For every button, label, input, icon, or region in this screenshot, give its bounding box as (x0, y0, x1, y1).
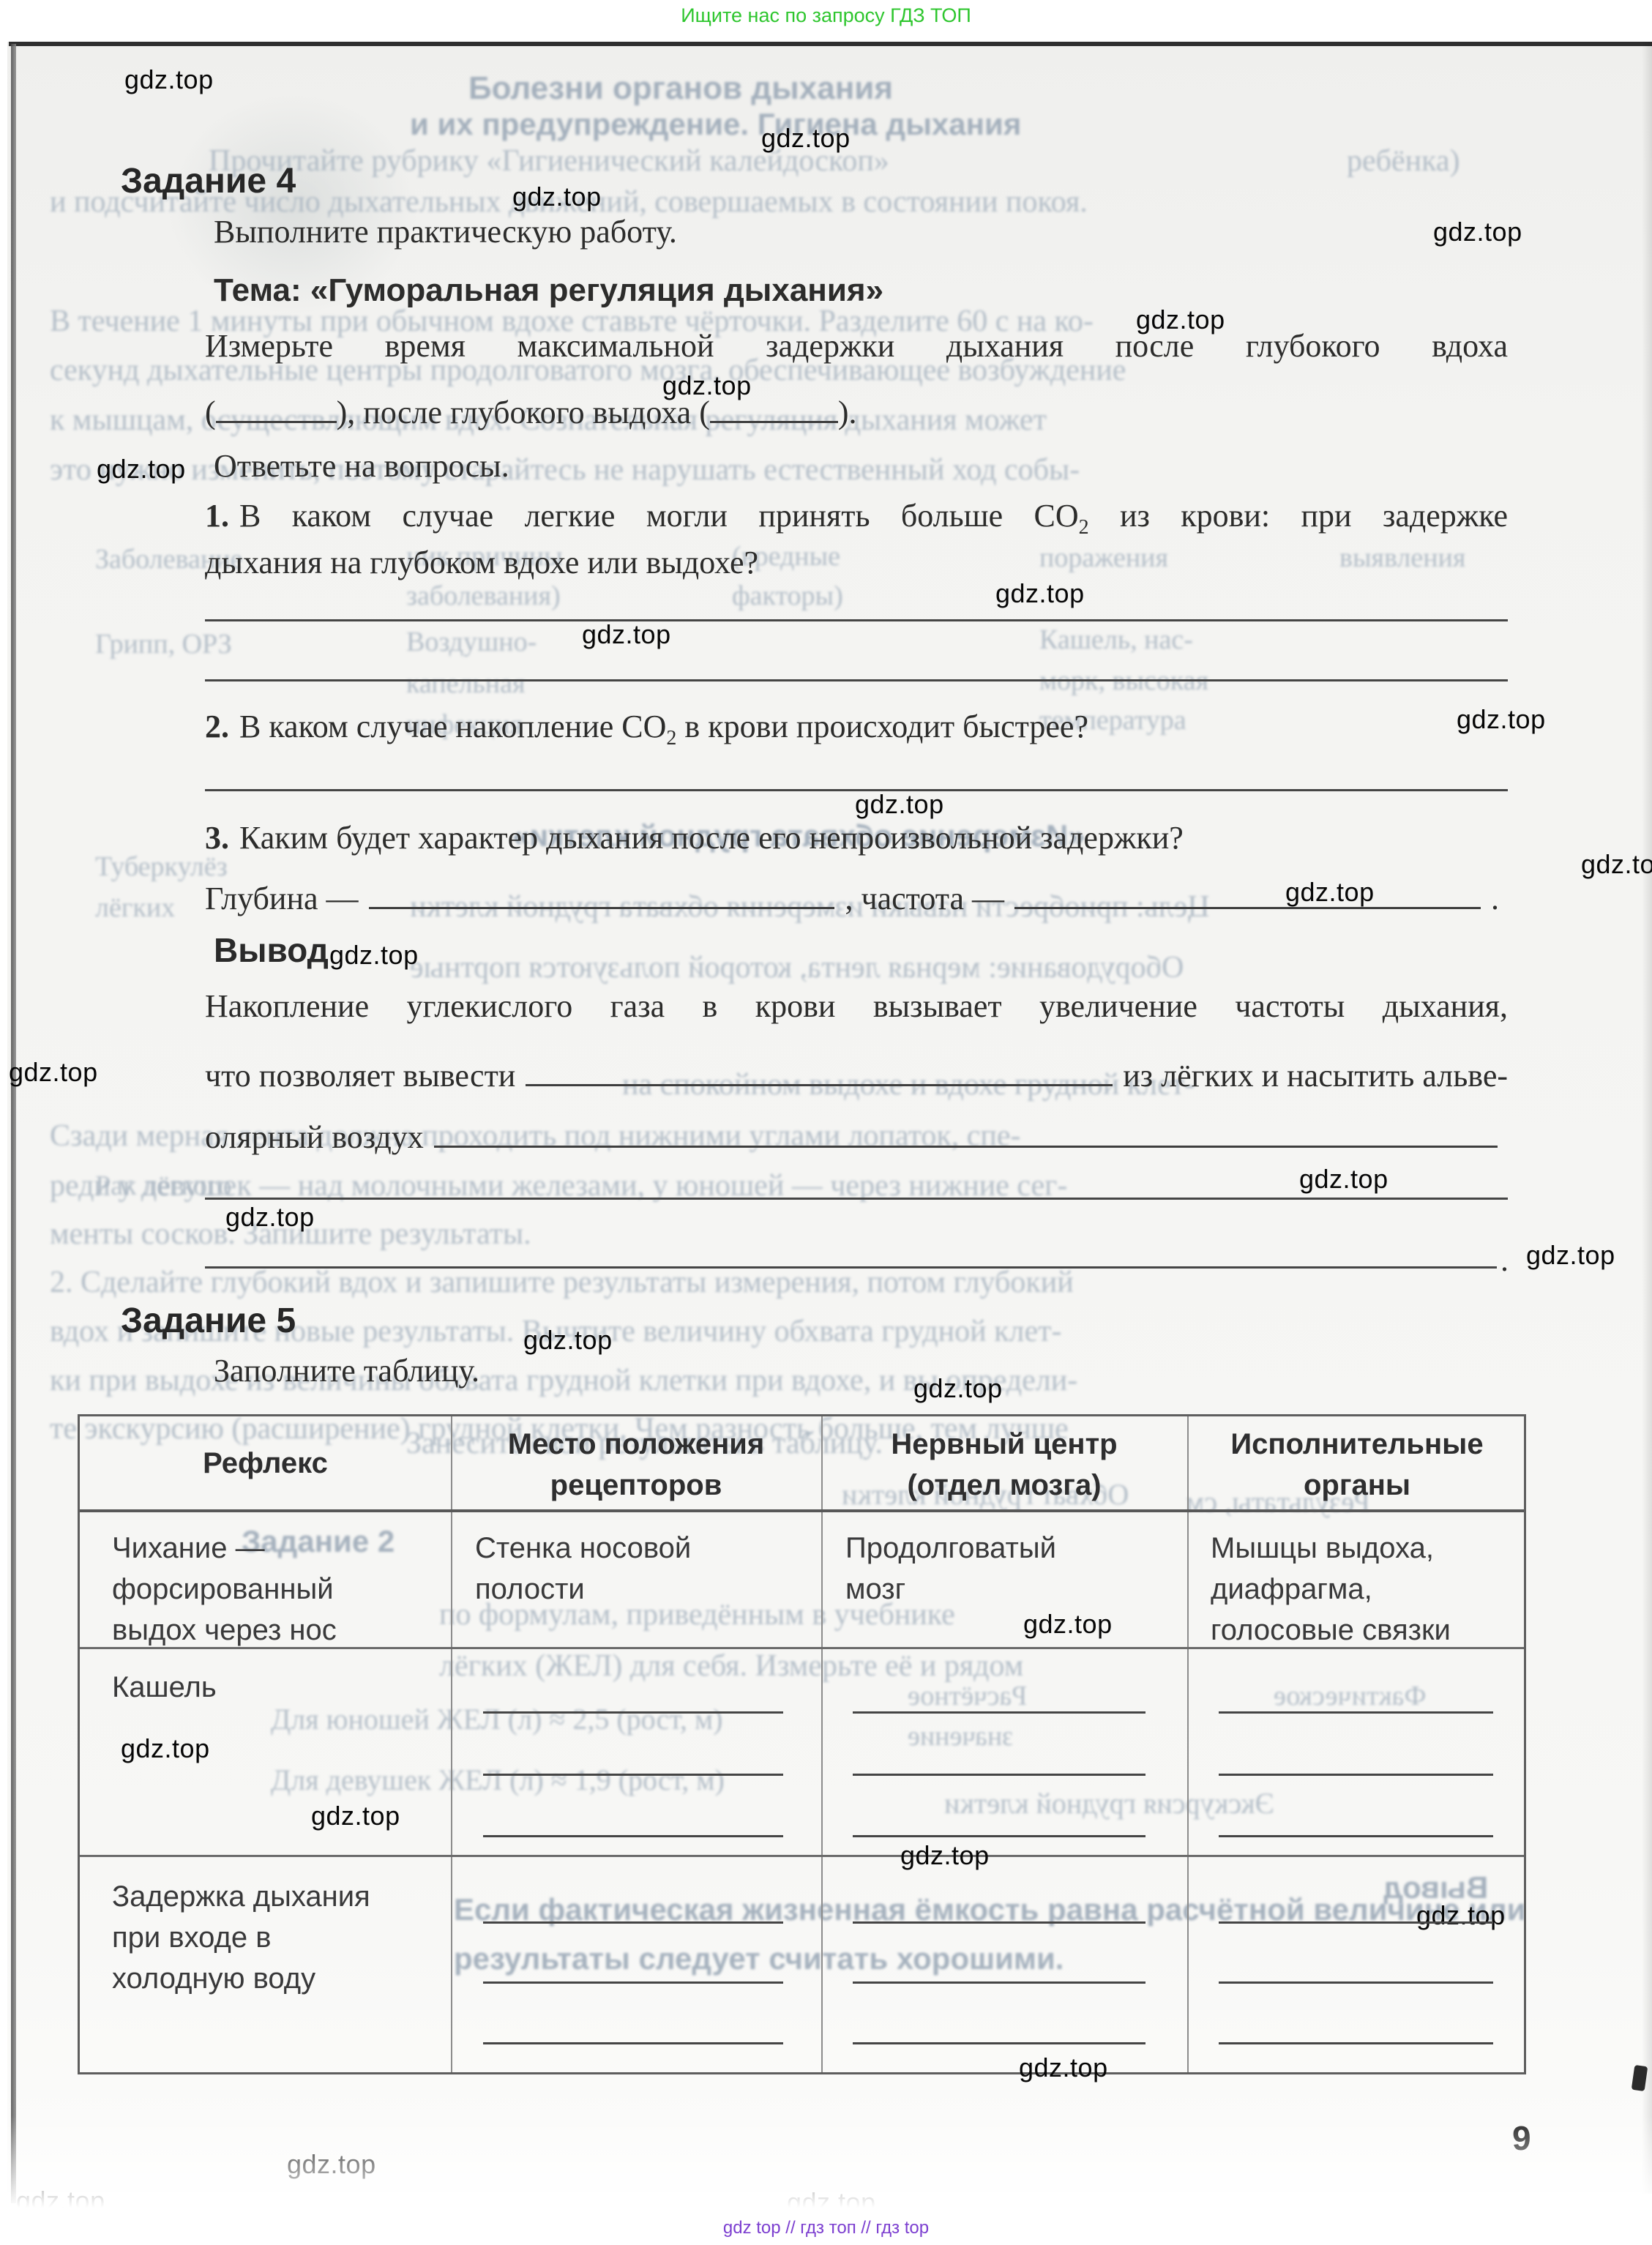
gdz-watermark: gdz.top (900, 1840, 990, 1871)
task4-intro: Выполните практическую работу. (214, 216, 677, 248)
conclusion-line2-a: что позволяет вывести (205, 1060, 515, 1092)
table-answer-line (1219, 1981, 1493, 1984)
table-column-border (451, 1416, 452, 2072)
bleed-through-text: поражения (1039, 542, 1168, 574)
conclusion-line2: что позволяет вывестииз лёгких и насытит… (205, 1055, 1508, 1092)
gdz-watermark: gdz.top (311, 1801, 400, 1831)
gdz-watermark: gdz.top (1019, 2052, 1108, 2083)
table-header-reflex: Рефлекс (102, 1443, 429, 1484)
task5-heading: Задание 5 (121, 1304, 296, 1339)
site-banner: Ищите нас по запросу ГДЗ ТОП (681, 4, 971, 27)
reflex-table: Рефлекс Место положения рецепторов Нервн… (78, 1414, 1526, 2074)
conclusion-line1: Накопление углекислого газа в крови вызы… (205, 990, 1508, 1023)
task4-heading: Задание 4 (121, 164, 296, 199)
gdz-watermark: gdz.top (9, 1057, 98, 1088)
task5-intro: Заполните таблицу. (214, 1355, 479, 1387)
table-answer-line (483, 1921, 783, 1924)
table-answer-line (483, 1711, 783, 1714)
answers-prompt: Ответьте на вопросы. (214, 450, 509, 482)
question-2-text-a: В каком случае накопление СО (239, 709, 666, 744)
site-footer: gdz top // гдз топ // гдз top (723, 2218, 929, 2238)
table-answer-line (1219, 1835, 1493, 1837)
gdz-watermark: gdz.top (1136, 305, 1225, 335)
gdz-watermark: gdz.top (329, 940, 419, 971)
task4-topic: Тема: «Гуморальная регуляция дыхания» (214, 274, 883, 307)
answer-blank (434, 1116, 1498, 1148)
table-cell-reflex-1: Чихание — форсированный выдох через нос (112, 1528, 390, 1651)
depth-label: Глубина — (205, 883, 359, 915)
gdz-watermark: gdz.top (225, 1202, 315, 1233)
bleed-through-text: заболевания) (406, 580, 561, 612)
conclusion-line3-a: олярный воздух (205, 1121, 424, 1154)
bleed-through-text: ребёнка) (1347, 143, 1460, 179)
gdz-watermark: gdz.top (855, 789, 944, 820)
gdz-watermark: gdz.top (913, 1373, 1003, 1404)
question-3-text: Каким будет характер дыхания после его н… (239, 820, 1184, 856)
gdz-watermark: gdz.top (97, 454, 186, 485)
bleed-through-text: это нужно изменить, поэтому старайтесь н… (50, 452, 1080, 488)
answer-blank (1014, 878, 1481, 909)
measure-open-paren: ( (205, 395, 216, 430)
table-cell-reflex-2: Кашель (112, 1667, 390, 1708)
table-cell-center-1: Продолговатый мозг (845, 1528, 1072, 1610)
page-bottom-fade (7, 2115, 1652, 2218)
table-answer-line (1219, 2042, 1493, 2044)
gdz-watermark: gdz.top (512, 182, 602, 212)
answer-blank (216, 392, 337, 423)
gdz-watermark: gdz.top (1433, 217, 1522, 247)
final-period: . (1500, 1244, 1509, 1277)
table-answer-line (853, 2042, 1145, 2044)
page-top-edge (9, 42, 1652, 46)
gdz-watermark: gdz.top (1285, 877, 1375, 908)
table-answer-line (483, 1835, 783, 1837)
bleed-through-text: Оборудование: мерная лента, которой поль… (410, 950, 1184, 985)
task4-measure-line2: (), после глубокого выдоха (). (205, 392, 857, 429)
question-1-text-a: В каком случае легкие могли принять боль… (239, 498, 1079, 534)
question-2: 2.В каком случае накопление СО2 в крови … (205, 711, 1088, 743)
gdz-watermark: gdz.top (1416, 1900, 1506, 1931)
table-answer-line (483, 2042, 783, 2044)
bleed-through-text: факторы) (732, 580, 843, 612)
bleed-through-text: и их предупреждение. Гигиена дыхания (410, 107, 1021, 142)
question-1-number: 1. (205, 498, 239, 534)
gdz-watermark: gdz.top (1457, 704, 1546, 735)
co2-subscript: 2 (1079, 516, 1089, 539)
gdz-watermark: gdz.top (121, 1733, 210, 1764)
table-answer-line (1219, 1921, 1493, 1924)
table-answer-line (1219, 1711, 1493, 1714)
answer-line (205, 679, 1508, 681)
question-3: 3.Каким будет характер дыхания после его… (205, 822, 1184, 854)
table-answer-line (1219, 1774, 1493, 1776)
table-column-border (821, 1416, 823, 2072)
bleed-through-text: 2. Сделайте глубокий вдох и запишите рез… (50, 1265, 1074, 1300)
frequency-label: , частота — (845, 883, 1004, 915)
answer-line (205, 619, 1508, 621)
answer-line (205, 1266, 1497, 1269)
gdz-watermark: gdz.top (1581, 849, 1652, 880)
answer-line (205, 1198, 1508, 1200)
page-spine-shadow (11, 44, 16, 2203)
table-row-border (80, 1509, 1524, 1512)
bleed-through-text: выявления (1339, 542, 1465, 574)
gdz-watermark: gdz.top (523, 1325, 613, 1356)
gdz-watermark: gdz.top (761, 123, 851, 154)
measure-mid-text: ), после глубокого выдоха ( (337, 395, 710, 430)
table-cell-receptors-1: Стенка носовой полости (475, 1528, 717, 1610)
bleed-through-text: Кашель, нас- (1039, 624, 1193, 656)
gdz-watermark: gdz.top (995, 578, 1085, 609)
gdz-watermark: gdz.top (1299, 1164, 1388, 1195)
question-1-text-b: из крови: при задержке (1089, 498, 1508, 534)
table-answer-line (483, 1774, 783, 1776)
bleed-through-text: лёгких (95, 892, 175, 924)
co2-subscript: 2 (666, 727, 676, 750)
conclusion-line3: олярный воздух (205, 1116, 1508, 1154)
gdz-watermark: gdz.top (1526, 1240, 1615, 1271)
table-cell-reflex-3: Задержка дыхания при входе в холодную во… (112, 1876, 390, 1999)
table-row-border (80, 1855, 1524, 1857)
question-2-number: 2. (205, 709, 239, 744)
bleed-through-text: капельная (406, 668, 525, 700)
task4-measure-line1: Измерьте время максимальной задержки дых… (205, 330, 1508, 362)
question-1-line1: 1.В каком случае легкие могли принять бо… (205, 500, 1508, 532)
table-cell-organs-1: Мышцы выдоха, диафрагма, голосовые связк… (1211, 1528, 1467, 1651)
bleed-through-text: Грипп, ОРЗ (95, 628, 232, 660)
table-header-receptors: Место положения рецепторов (475, 1424, 797, 1506)
table-answer-line (853, 1835, 1145, 1837)
table-answer-line (853, 1774, 1145, 1776)
table-column-border (1187, 1416, 1189, 2072)
gdz-watermark: gdz.top (662, 370, 752, 401)
page-right-shade (1642, 42, 1652, 2194)
table-answer-line (853, 1981, 1145, 1984)
bleed-through-text: Воздушно- (406, 626, 537, 658)
gdz-watermark: gdz.top (124, 64, 214, 95)
line-period: . (1491, 883, 1499, 915)
bleed-through-text: Болезни органов дыхания (468, 70, 893, 107)
table-answer-line (483, 1981, 783, 1984)
scanned-workbook-page: Ищите нас по запросу ГДЗ ТОП Болезни орг… (0, 0, 1652, 2245)
table-answer-line (853, 1711, 1145, 1714)
answer-blank (526, 1055, 1113, 1086)
question-3-number: 3. (205, 820, 239, 856)
conclusion-heading: Вывод (214, 933, 329, 967)
question-1-line2: дыхания на глубоком вдохе или выдохе? (205, 547, 758, 579)
measure-end-text: ). (838, 395, 857, 430)
gdz-watermark: gdz.top (582, 619, 671, 650)
answer-blank (369, 878, 835, 909)
table-header-nerve-center: Нервный центр (отдел мозга) (845, 1424, 1163, 1506)
conclusion-line2-b: из лёгких и насытить альве- (1123, 1060, 1508, 1092)
table-header-organs: Исполнительные органы (1211, 1424, 1503, 1506)
table-answer-line (853, 1921, 1145, 1924)
question-2-text-b: в крови происходит быстрее? (676, 709, 1088, 744)
gdz-watermark: gdz.top (1023, 1609, 1113, 1640)
